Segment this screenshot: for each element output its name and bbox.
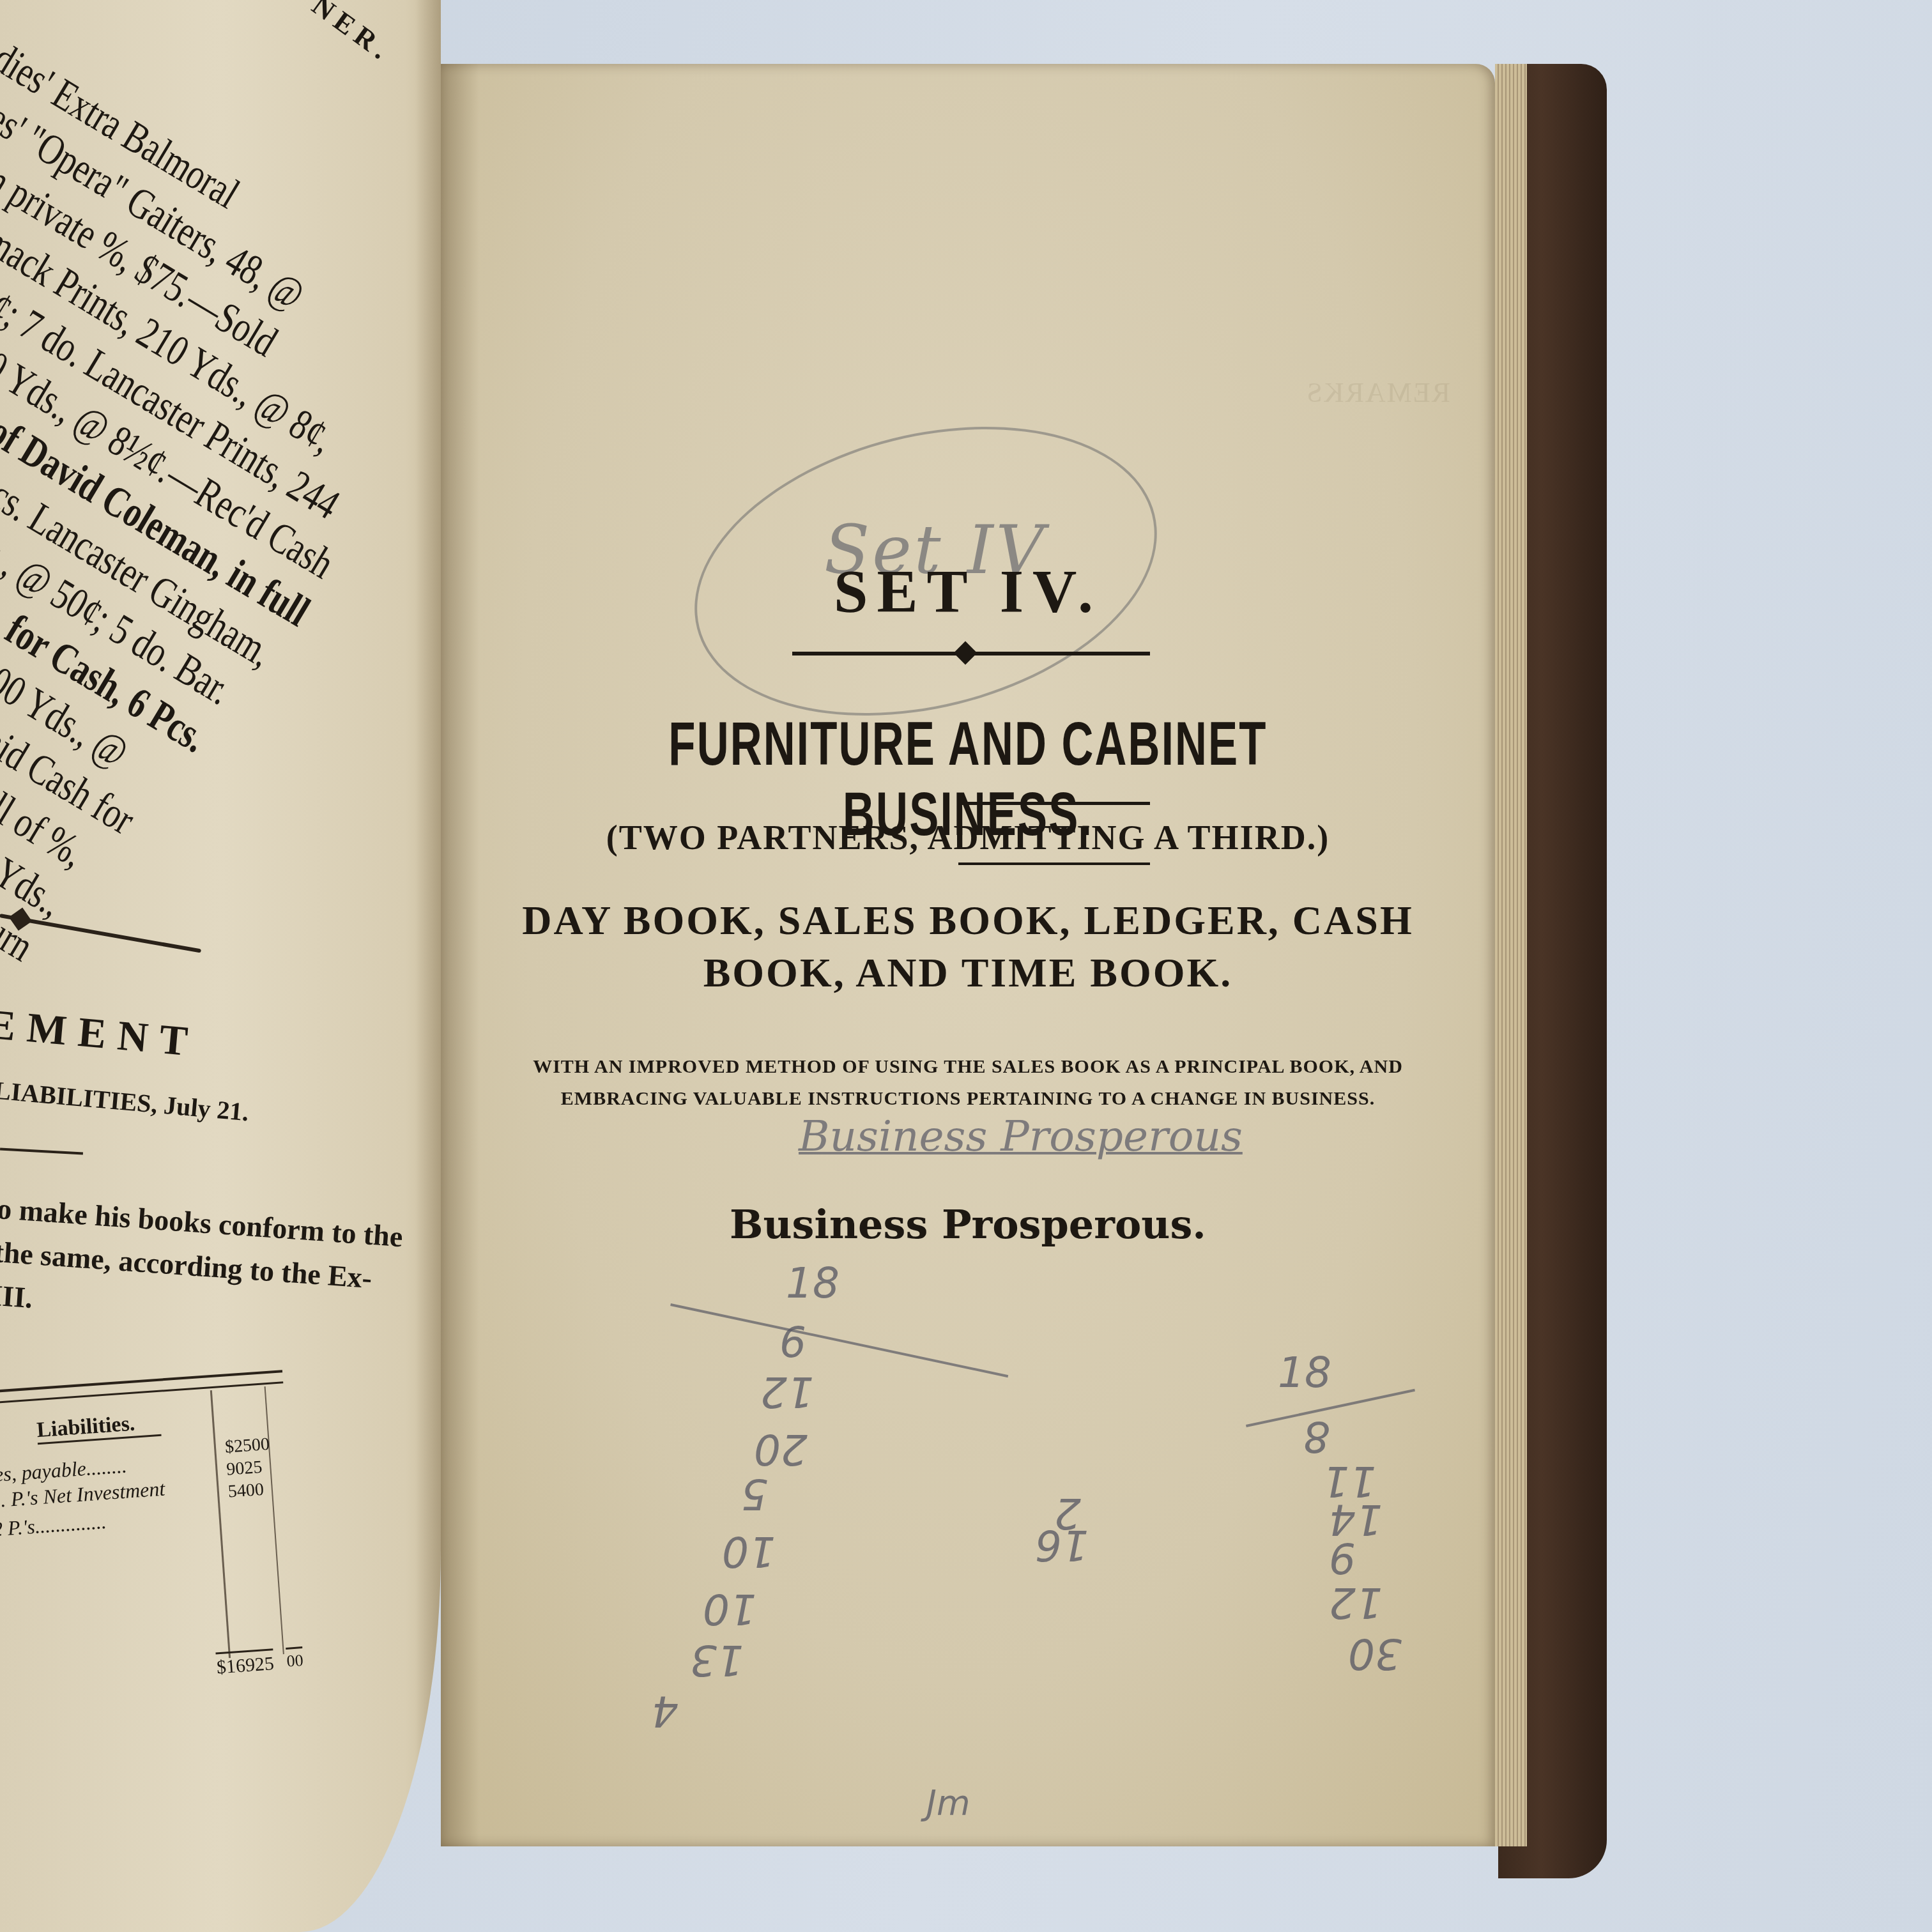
statement-heading: EMENT (0, 1000, 201, 1068)
liabilities-table: Liabilities. tes, payable........ $2500 … (0, 1370, 305, 1712)
books-list: DAY BOOK, SALES BOOK, LEDGER, CASH BOOK,… (441, 894, 1495, 999)
pencil-number: 9 (779, 1316, 806, 1365)
divider-rule (958, 802, 1150, 805)
pencil-number: 8 (1303, 1412, 1330, 1461)
table-double-rule (0, 1381, 283, 1404)
bleed-through-text: REMARKS (492, 371, 1450, 415)
liabilities-heading: LIABILITIES, July 21. (0, 1075, 250, 1128)
set-title: SET IV. (441, 556, 1495, 627)
pencil-number: 20 (754, 1425, 808, 1474)
table-total-cents: 00 (286, 1646, 304, 1671)
pencil-motto-annotation: Business Prosperous (799, 1112, 1243, 1161)
pencil-initials: Jm (926, 1782, 970, 1823)
left-page: NER. Ladies' Extra Balmoral Ladies' "Ope… (0, 0, 441, 1932)
pencil-number: 12 (1329, 1578, 1383, 1627)
running-head: NER. (306, 0, 399, 69)
pencil-number: 4 (652, 1687, 678, 1736)
pencil-number: 18 (1278, 1348, 1331, 1397)
pencil-number: 9 (1329, 1533, 1356, 1583)
pencil-number: 10 (703, 1584, 756, 1634)
books-line: BOOK, AND TIME BOOK. (441, 947, 1495, 999)
method-line: WITH AN IMPROVED METHOD OF USING THE SAL… (441, 1051, 1495, 1083)
pencil-number: 30 (1348, 1629, 1402, 1678)
subtitle: (TWO PARTNERS, ADMITTING A THIRD.) (441, 818, 1495, 857)
pencil-number: 13 (690, 1636, 744, 1685)
printed-motto: Business Prosperous. (441, 1201, 1495, 1248)
divider-rule (958, 862, 1150, 865)
table-row-amount: $2500 (224, 1434, 270, 1458)
table-column-divider (264, 1386, 284, 1654)
table-row-amount: 5400 (227, 1480, 264, 1503)
table-column-divider (210, 1390, 231, 1658)
pencil-number: 18 (786, 1259, 839, 1308)
pencil-number: 5 (741, 1469, 768, 1519)
books-line: DAY BOOK, SALES BOOK, LEDGER, CASH (441, 894, 1495, 947)
short-rule (0, 1148, 83, 1155)
method-line: EMBRACING VALUABLE INSTRUCTIONS PERTAINI… (441, 1083, 1495, 1115)
instruction-paragraph: o make his books conform to the the same… (0, 1187, 404, 1345)
right-page: REMARKS Set IV SET IV. FURNITURE AND CAB… (441, 64, 1495, 1846)
table-row-label: 2 P.'s.............. (0, 1510, 107, 1541)
pencil-number: 10 (722, 1527, 776, 1576)
table-row-amount: 9025 (226, 1457, 263, 1480)
ornamental-rule (792, 652, 1150, 655)
method-description: WITH AN IMPROVED METHOD OF USING THE SAL… (441, 1051, 1495, 1115)
pencil-number: 16 (1035, 1521, 1089, 1570)
page-edges (1495, 64, 1527, 1846)
pencil-sum-line (670, 1303, 1008, 1377)
table-total: $16925 (215, 1648, 275, 1678)
pencil-number: 12 (760, 1367, 814, 1416)
table-title: Liabilities. (36, 1410, 161, 1445)
